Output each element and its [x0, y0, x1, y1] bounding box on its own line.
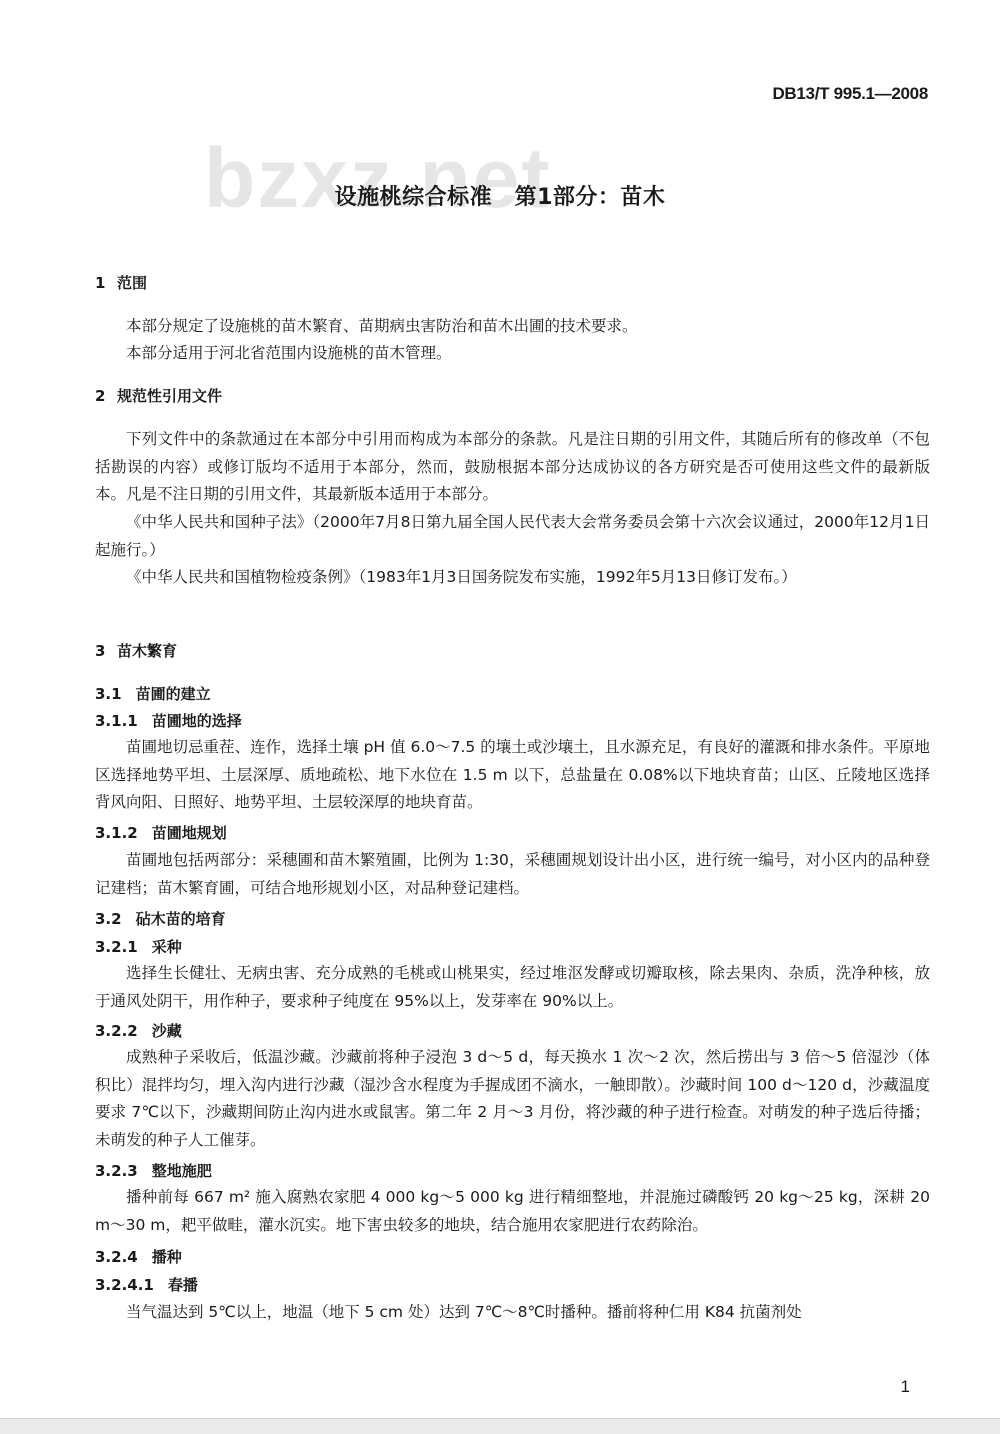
- subsection-heading: 3.2.4.1春播: [95, 1274, 198, 1295]
- section-number: 3: [95, 642, 117, 660]
- subsection-heading: 3.2.4播种: [95, 1246, 182, 1267]
- subsection-number: 3.2.2: [95, 1022, 138, 1040]
- paragraph: 苗圃地包括两部分：采穗圃和苗木繁殖圃，比例为 1:30，采穗圃规划设计出小区，进…: [95, 847, 930, 902]
- section-title: 苗木繁育: [117, 642, 177, 660]
- viewer-bottom-bar: [0, 1418, 1000, 1434]
- document-page: DB13/T 995.1—2008 bzxz.net 设施桃综合标准 第1部分：…: [0, 0, 1000, 1400]
- subsection-heading: 3.2砧木苗的培育: [95, 908, 226, 929]
- subsection-heading: 3.1.1苗圃地的选择: [95, 710, 242, 731]
- subsection-number: 3.2.4: [95, 1248, 138, 1266]
- paragraph: 下列文件中的条款通过在本部分中引用而构成为本部分的条款。凡是注日期的引用文件，其…: [95, 426, 930, 509]
- subsection-heading: 3.1.2苗圃地规划: [95, 822, 227, 843]
- paragraph: 选择生长健壮、无病虫害、充分成熟的毛桃或山桃果实，经过堆沤发酵或切瓣取核，除去果…: [95, 960, 930, 1015]
- subsection-title: 播种: [152, 1248, 182, 1266]
- subsection-title: 春播: [168, 1276, 198, 1294]
- section-number: 1: [95, 274, 117, 292]
- subsection-number: 3.2.4.1: [95, 1276, 154, 1294]
- paragraph: 本部分规定了设施桃的苗木繁育、苗期病虫害防治和苗木出圃的技术要求。: [95, 313, 930, 341]
- paragraph: 当气温达到 5℃以上，地温（地下 5 cm 处）达到 7℃～8℃时播种。播前将种…: [95, 1299, 930, 1327]
- subsection-number: 3.1.2: [95, 824, 138, 842]
- subsection-title: 沙藏: [152, 1022, 182, 1040]
- subsection-number: 3.2.3: [95, 1162, 138, 1180]
- paragraph: 苗圃地切忌重茬、连作，选择土壤 pH 值 6.0～7.5 的壤土或沙壤土，且水源…: [95, 734, 930, 817]
- standard-code: DB13/T 995.1—2008: [772, 84, 928, 104]
- subsection-title: 砧木苗的培育: [136, 910, 226, 928]
- section-heading-1: 1范围: [95, 272, 147, 293]
- subsection-title: 苗圃地的选择: [152, 712, 242, 730]
- subsection-title: 苗圃地规划: [152, 824, 227, 842]
- subsection-number: 3.2.1: [95, 938, 138, 956]
- section-title: 规范性引用文件: [117, 387, 222, 405]
- section-number: 2: [95, 387, 117, 405]
- subsection-heading: 3.1苗圃的建立: [95, 683, 211, 704]
- section-heading-2: 2规范性引用文件: [95, 385, 222, 406]
- subsection-title: 苗圃的建立: [136, 685, 211, 703]
- paragraph: 成熟种子采收后，低温沙藏。沙藏前将种子浸泡 3 d～5 d，每天换水 1 次～2…: [95, 1044, 930, 1154]
- subsection-title: 整地施肥: [152, 1162, 212, 1180]
- paragraph: 本部分适用于河北省范围内设施桃的苗木管理。: [95, 340, 930, 368]
- subsection-heading: 3.2.1采种: [95, 936, 182, 957]
- subsection-number: 3.1.1: [95, 712, 138, 730]
- subsection-number: 3.1: [95, 685, 122, 703]
- subsection-heading: 3.2.2沙藏: [95, 1020, 182, 1041]
- subsection-number: 3.2: [95, 910, 122, 928]
- reference-item: 《中华人民共和国植物检疫条例》（1983年1月3日国务院发布实施，1992年5月…: [95, 564, 930, 592]
- page-number: 1: [901, 1377, 910, 1397]
- paragraph: 播种前每 667 m² 施入腐熟农家肥 4 000 kg～5 000 kg 进行…: [95, 1184, 930, 1239]
- section-title: 范围: [117, 274, 147, 292]
- subsection-heading: 3.2.3整地施肥: [95, 1160, 212, 1181]
- document-title: 设施桃综合标准 第1部分：苗木: [0, 180, 1000, 211]
- subsection-title: 采种: [152, 938, 182, 956]
- reference-item: 《中华人民共和国种子法》（2000年7月8日第九届全国人民代表大会常务委员会第十…: [95, 509, 930, 564]
- section-heading-3: 3苗木繁育: [95, 640, 177, 661]
